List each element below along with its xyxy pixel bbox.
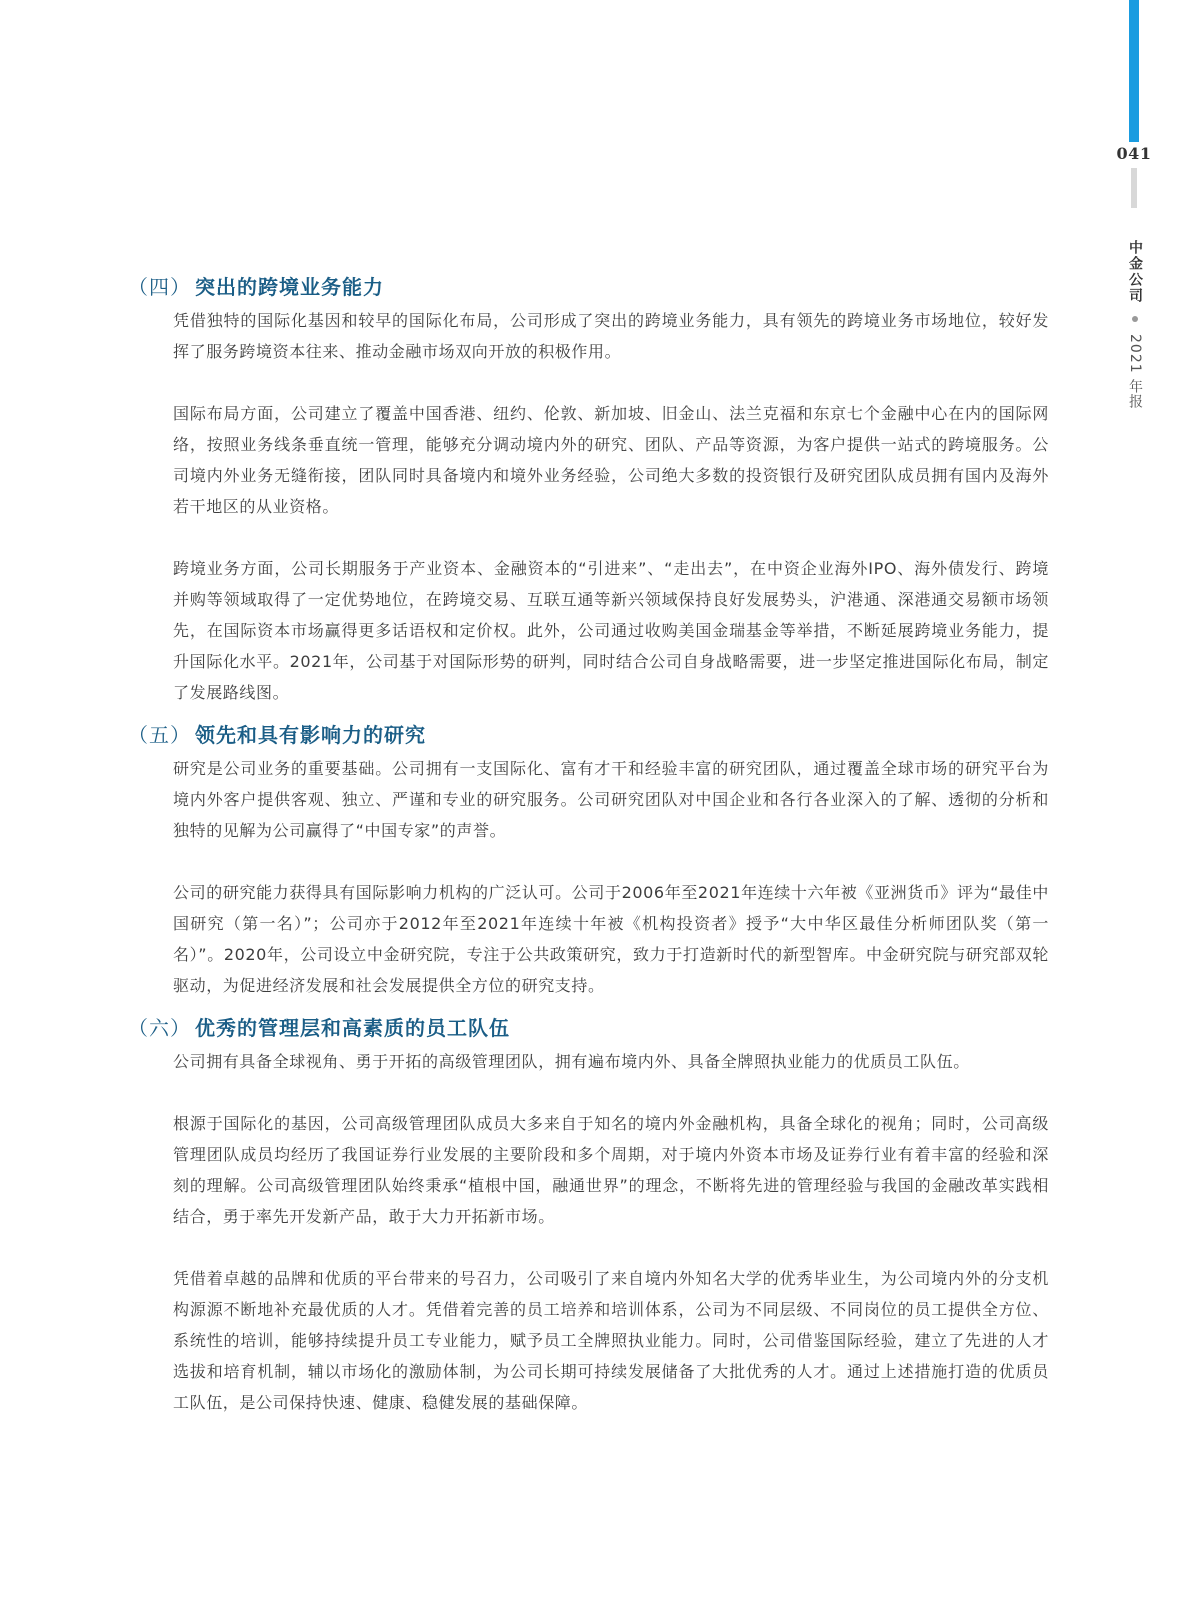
report-label: 中金公司 2021 年报 (1122, 240, 1148, 409)
accent-bar (1129, 0, 1139, 142)
paragraph: 国际布局方面，公司建立了覆盖中国香港、纽约、伦敦、新加坡、旧金山、法兰克福和东京… (173, 398, 1049, 522)
paragraph: 公司的研究能力获得具有国际影响力机构的广泛认可。公司于2006年至2021年连续… (173, 877, 1049, 1001)
paragraph: 凭借独特的国际化基因和较早的国际化布局，公司形成了突出的跨境业务能力，具有领先的… (173, 305, 1049, 367)
section-title: 优秀的管理层和高素质的员工队伍 (195, 1013, 510, 1043)
separator-dot-icon (1132, 316, 1138, 322)
section-heading-research: （五） 领先和具有影响力的研究 (128, 720, 1068, 750)
section-number: （四） (128, 272, 191, 302)
page-content: （四） 突出的跨境业务能力 凭借独特的国际化基因和较早的国际化布局，公司形成了突… (128, 272, 1068, 1418)
company-name: 中金公司 (1125, 240, 1145, 304)
paragraph: 根源于国际化的基因，公司高级管理团队成员大多来自于知名的境内外金融机构，具备全球… (173, 1108, 1049, 1232)
section-number: （五） (128, 720, 191, 750)
section-number: （六） (128, 1013, 191, 1043)
paragraph: 跨境业务方面，公司长期服务于产业资本、金融资本的“引进来”、“走出去”，在中资企… (173, 553, 1049, 708)
page-number: 041 (1112, 144, 1156, 163)
divider-bar (1131, 168, 1137, 208)
section-title: 突出的跨境业务能力 (195, 272, 384, 302)
paragraph: 研究是公司业务的重要基础。公司拥有一支国际化、富有才干和经验丰富的研究团队，通过… (173, 753, 1049, 846)
section-heading-management: （六） 优秀的管理层和高素质的员工队伍 (128, 1013, 1068, 1043)
section-heading-cross-border: （四） 突出的跨境业务能力 (128, 272, 1068, 302)
paragraph: 凭借着卓越的品牌和优质的平台带来的号召力，公司吸引了来自境内外知名大学的优秀毕业… (173, 1263, 1049, 1418)
paragraph: 公司拥有具备全球视角、勇于开拓的高级管理团队，拥有遍布境内外、具备全牌照执业能力… (173, 1046, 1049, 1077)
report-year: 2021 年报 (1125, 334, 1145, 409)
section-title: 领先和具有影响力的研究 (195, 720, 426, 750)
